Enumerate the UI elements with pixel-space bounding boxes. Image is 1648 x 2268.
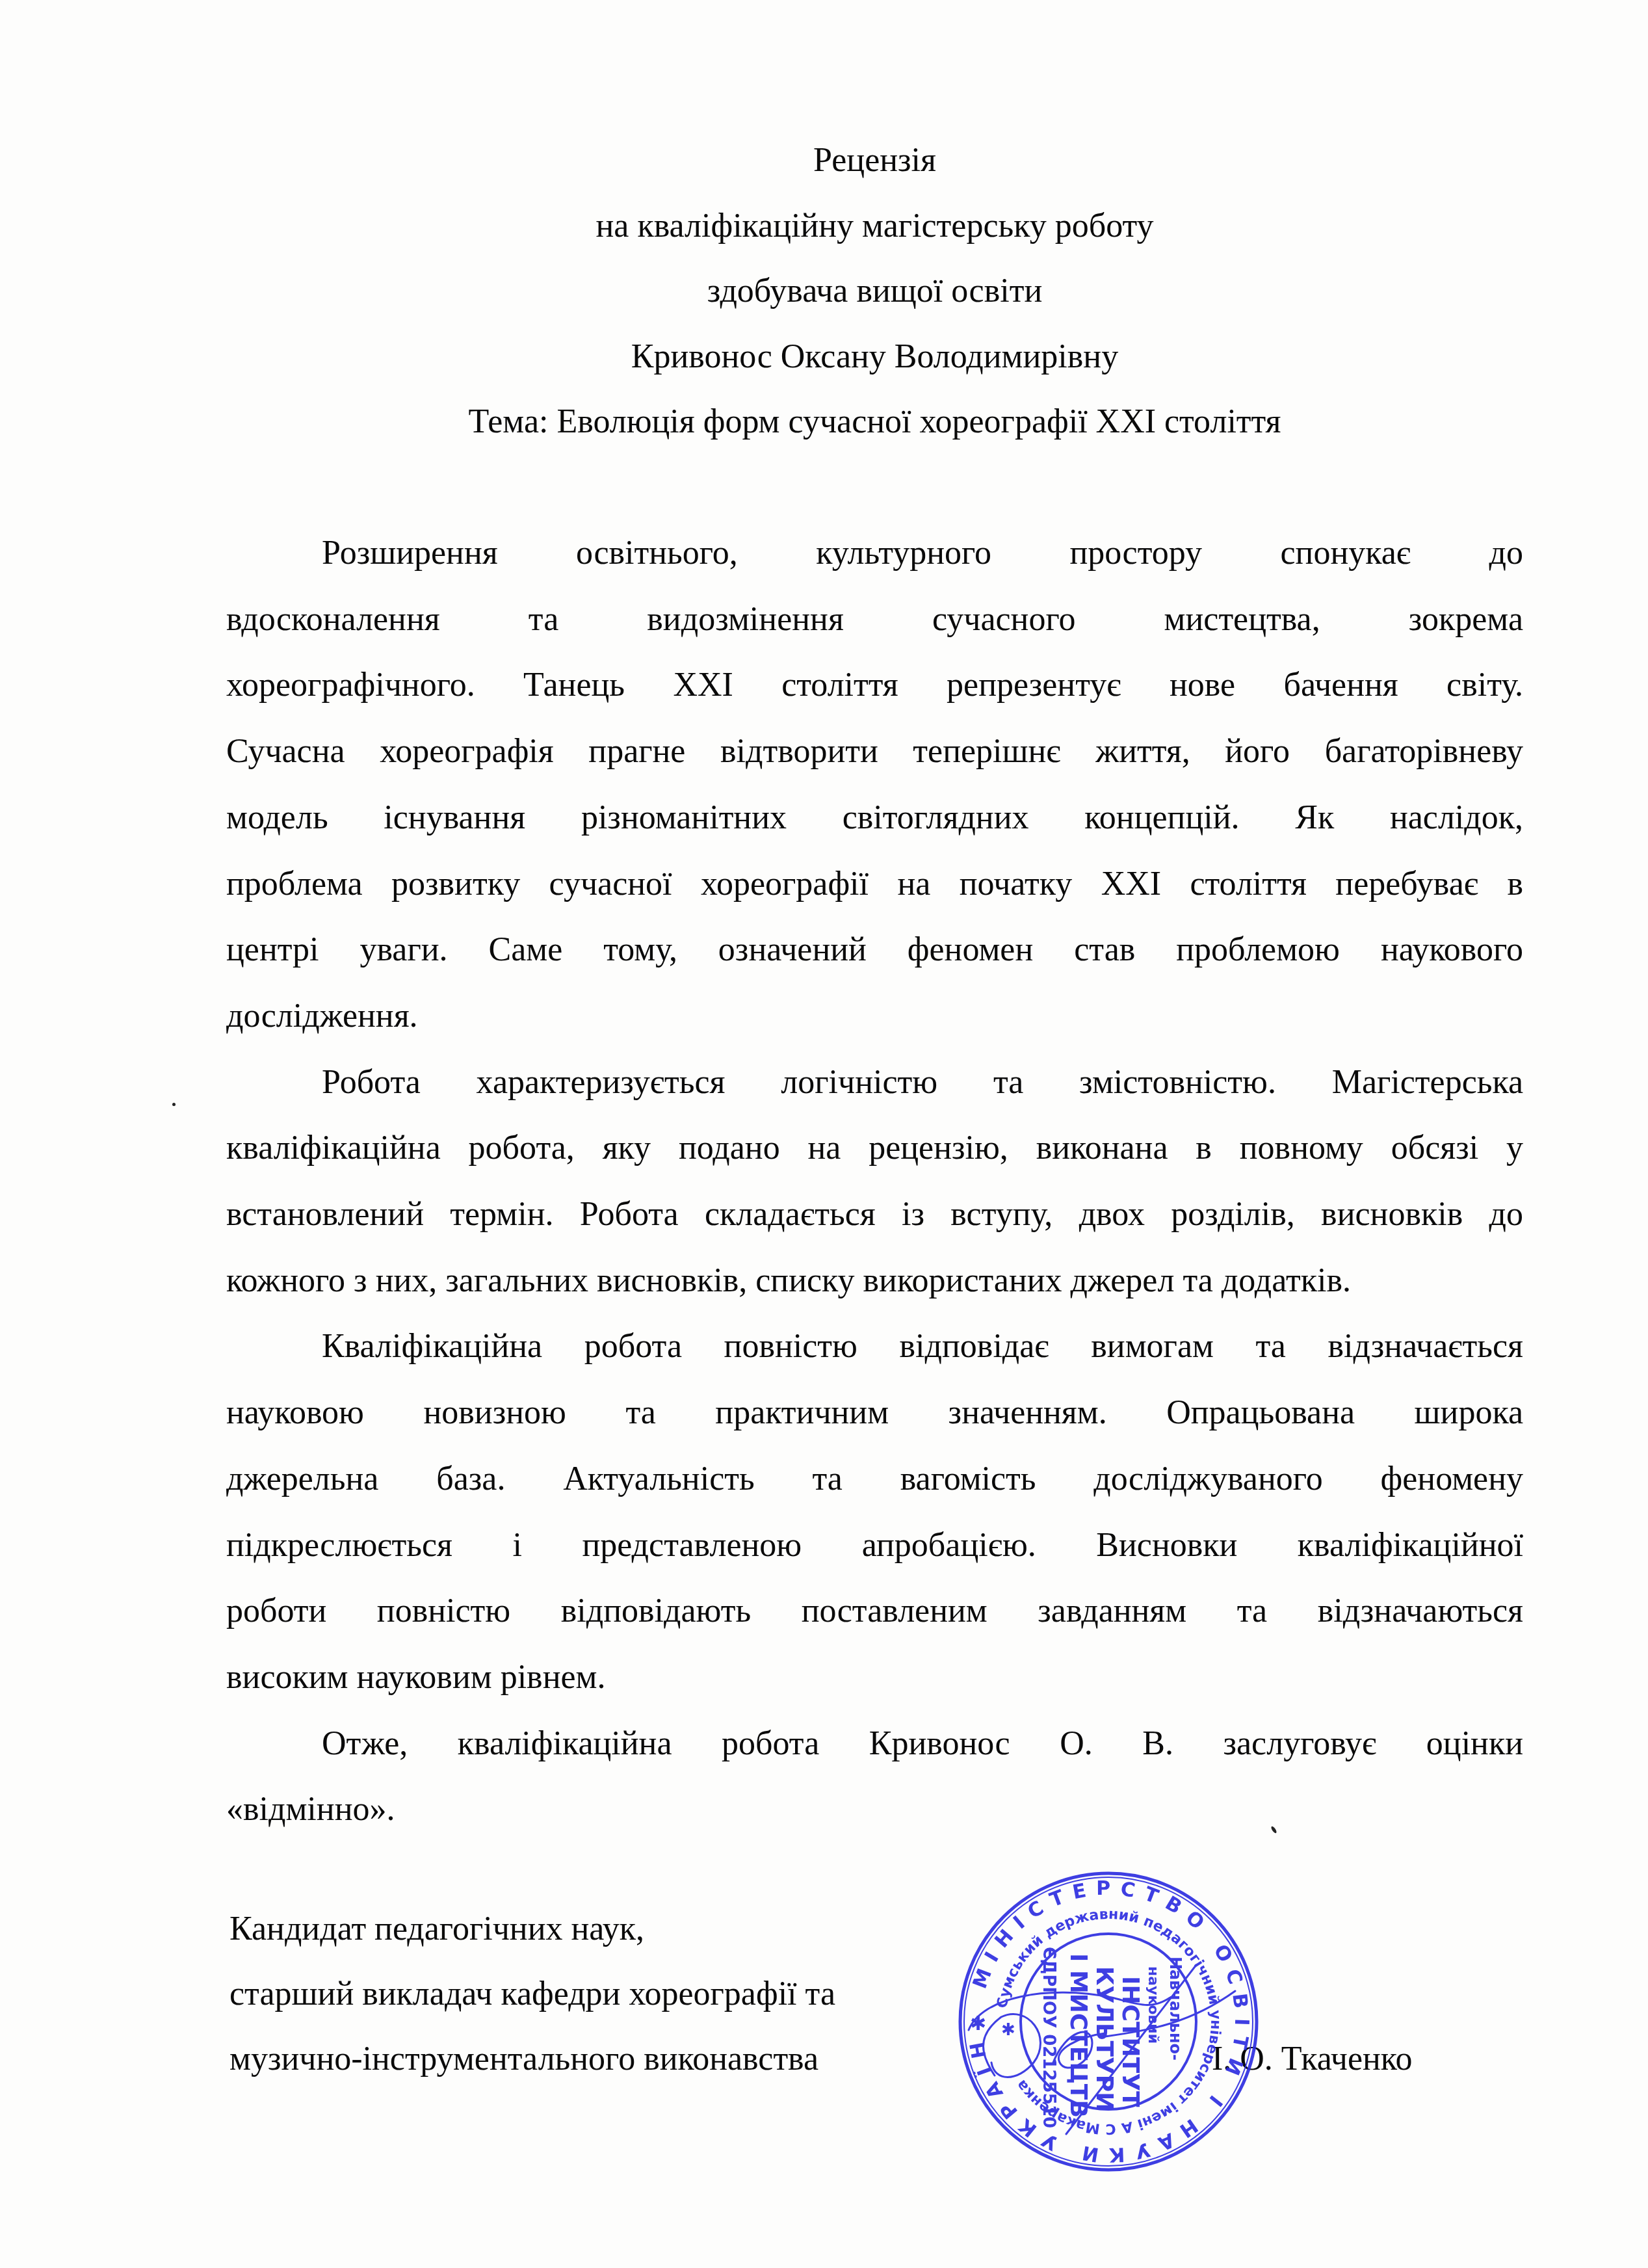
text-line: джерельна база. Актуальність та вагоміст… bbox=[226, 1446, 1523, 1512]
paragraph-3: Кваліфікаційна робота повністю відповіда… bbox=[226, 1313, 1523, 1710]
text-line: Отже, кваліфікаційна робота Кривонос О. … bbox=[226, 1711, 1523, 1777]
text-line: центрі уваги. Саме тому, означений феном… bbox=[226, 917, 1523, 983]
svg-text:ІНСТИТУТ: ІНСТИТУТ bbox=[1117, 1976, 1144, 2107]
svg-text:ЄДРПОУ 02125510: ЄДРПОУ 02125510 bbox=[1039, 1947, 1058, 2128]
signer-department: музично-інструментального виконавства bbox=[229, 2027, 835, 2092]
text-line: Робота характеризується логічністю та зм… bbox=[226, 1049, 1523, 1116]
document-header: Рецензія на кваліфікаційну магістерську … bbox=[226, 128, 1523, 455]
svg-text:КУЛЬТУРИ: КУЛЬТУРИ bbox=[1091, 1966, 1118, 2111]
document-page: Рецензія на кваліфікаційну магістерську … bbox=[0, 0, 1648, 2268]
text-line: роботи повністю відповідають поставленим… bbox=[226, 1578, 1523, 1644]
text-line: хореографічного. Танець XXI століття реп… bbox=[226, 652, 1523, 719]
signer-position: старший викладач кафедри хореографії та bbox=[229, 1962, 835, 2027]
student-name: Кривонос Оксану Володимирівну bbox=[226, 324, 1523, 390]
text-line: Розширення освітнього, культурного прост… bbox=[226, 520, 1523, 587]
svg-text:Навчально-: Навчально- bbox=[1166, 1957, 1184, 2061]
text-line: науковою новизною та практичним значення… bbox=[226, 1380, 1523, 1446]
scan-speck bbox=[172, 1103, 176, 1106]
text-line: вдосконалення та видозмінення сучасного … bbox=[226, 587, 1523, 653]
text-line: підкреслюється і представленою апробаціє… bbox=[226, 1512, 1523, 1579]
grade-line: «відмінно». bbox=[226, 1776, 1523, 1843]
thesis-topic: Тема: Еволюція форм сучасної хореографії… bbox=[226, 389, 1523, 455]
paragraph-conclusion: Отже, кваліфікаційна робота Кривонос О. … bbox=[226, 1711, 1523, 1843]
header-student-label: здобувача вищої освіти bbox=[226, 259, 1523, 324]
text-line: кожного з них, загальних висновків, спис… bbox=[226, 1248, 1523, 1314]
text-line: дослідження. bbox=[226, 983, 1523, 1049]
text-line: встановлений термін. Робота складається … bbox=[226, 1181, 1523, 1248]
header-subtitle: на кваліфікаційну магістерську роботу bbox=[226, 194, 1523, 259]
text-line: проблема розвитку сучасної хореографії н… bbox=[226, 851, 1523, 917]
text-line: Кваліфікаційна робота повністю відповіда… bbox=[226, 1313, 1523, 1380]
text-line: Сучасна хореографія прагне відтворити те… bbox=[226, 719, 1523, 785]
paragraph-1: Розширення освітнього, культурного прост… bbox=[226, 520, 1523, 1049]
text-line: модель існування різноманітних світогляд… bbox=[226, 785, 1523, 851]
official-stamp-icon: МІНІСТЕРСТВО ОСВІТИ І НАУКИ УКРАЇНИ Сумс… bbox=[956, 1867, 1261, 2176]
paragraph-2: Робота характеризується логічністю та зм… bbox=[226, 1049, 1523, 1314]
svg-text:✱: ✱ bbox=[1001, 2020, 1015, 2040]
review-body: Розширення освітнього, культурного прост… bbox=[226, 520, 1523, 1843]
signer-degree: Кандидат педагогічних наук, bbox=[229, 1897, 835, 1962]
svg-text:І МИСТЕЦТВ: І МИСТЕЦТВ bbox=[1065, 1953, 1092, 2118]
text-line: кваліфікаційна робота, яку подано на рец… bbox=[226, 1115, 1523, 1181]
text-line: високим науковим рівнем. bbox=[226, 1644, 1523, 1711]
signature-block: Кандидат педагогічних наук, старший викл… bbox=[229, 1897, 835, 2092]
document-title: Рецензія bbox=[226, 128, 1523, 194]
